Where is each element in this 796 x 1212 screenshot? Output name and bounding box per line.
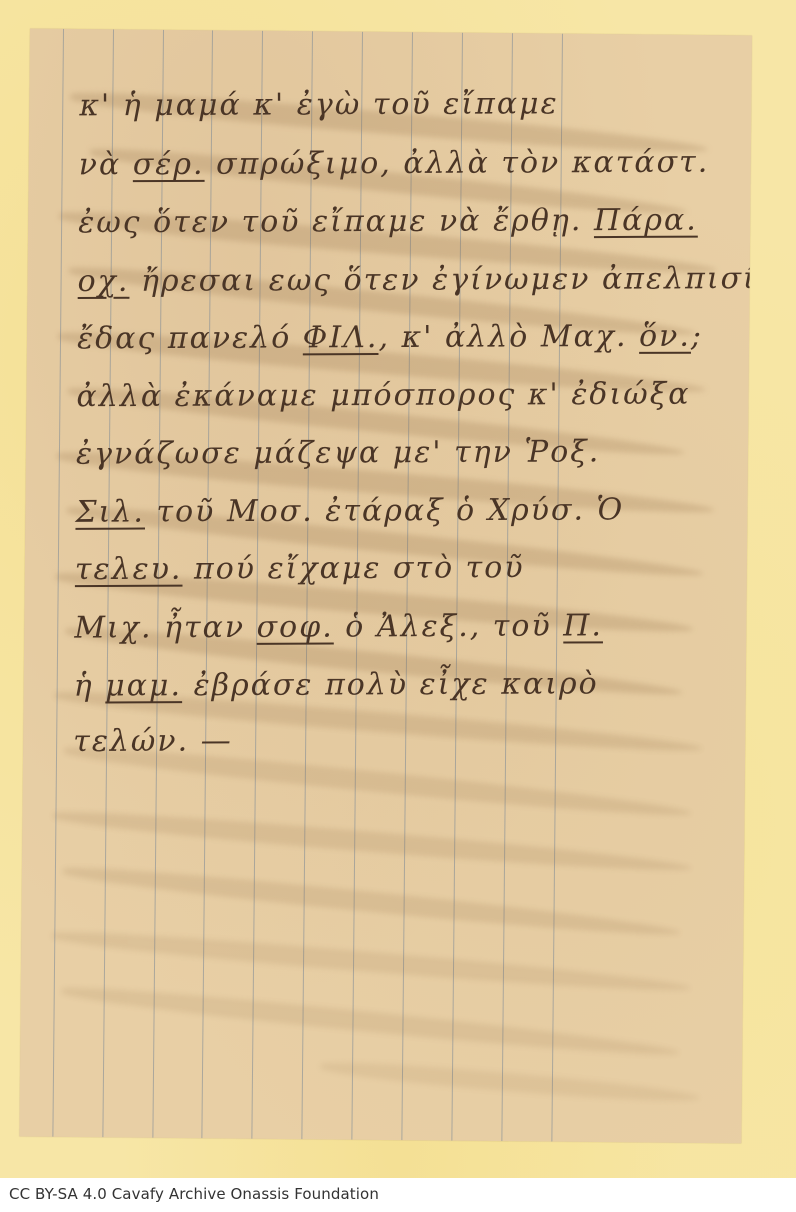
footer-bar: CC BY-SA 4.0 Cavafy Archive Onassis Foun…	[0, 1178, 796, 1212]
text-line: οχ. ἤρεσαι εως ὅτεν ἐγίνωμεν ἀπελπισίας	[78, 261, 752, 299]
text-line: ἡ μαμ. ἐβράσε πολὺ εἶχε καιρὸ	[74, 666, 599, 703]
text-line: Σιλ. τοῦ Μοσ. ἐτάραξ ὁ Χρύσ. Ὁ	[75, 492, 624, 529]
text-line: ἔδας πανελό ΦΙΛ., κ' ἀλλὸ Μαχ. ὅν.;	[77, 319, 703, 357]
scan-background: κ' ἡ μαμά κ' ἐγὼ τοῦ εἴπαμε νὰ σέρ. σπρώ…	[0, 0, 796, 1178]
text-line: ἀλλὰ ἐκάναμε μπόσπορος κ' ἐδιώξα	[76, 377, 690, 415]
text-line: Μιχ. ἦταν σοφ. ὁ Ἀλεξ., τοῦ Π.	[74, 608, 603, 645]
text-line: τελών. —	[73, 723, 233, 759]
text-line: ἐως ὅτεν τοῦ εἴπαμε νὰ ἔρθῃ. Πάρα.	[78, 203, 698, 241]
license-credit: CC BY-SA 4.0 Cavafy Archive Onassis Foun…	[9, 1185, 379, 1203]
text-line: κ' ἡ μαμά κ' ἐγὼ τοῦ εἴπαμε	[79, 86, 559, 123]
text-line: τελευ. πού εἴχαμε στὸ τοῦ	[75, 550, 525, 587]
text-line: ἐγνάζωσε μάζεψα με' την Ῥοξ.	[76, 434, 600, 471]
letter-paper: κ' ἡ μαμά κ' ἐγὼ τοῦ εἴπαμε νὰ σέρ. σπρώ…	[19, 29, 752, 1144]
handwritten-text: κ' ἡ μαμά κ' ἐγὼ τοῦ εἴπαμε νὰ σέρ. σπρώ…	[19, 29, 752, 1144]
text-line: νὰ σέρ. σπρώξιμο, ἀλλὰ τὸν κατάστ.	[79, 145, 710, 183]
